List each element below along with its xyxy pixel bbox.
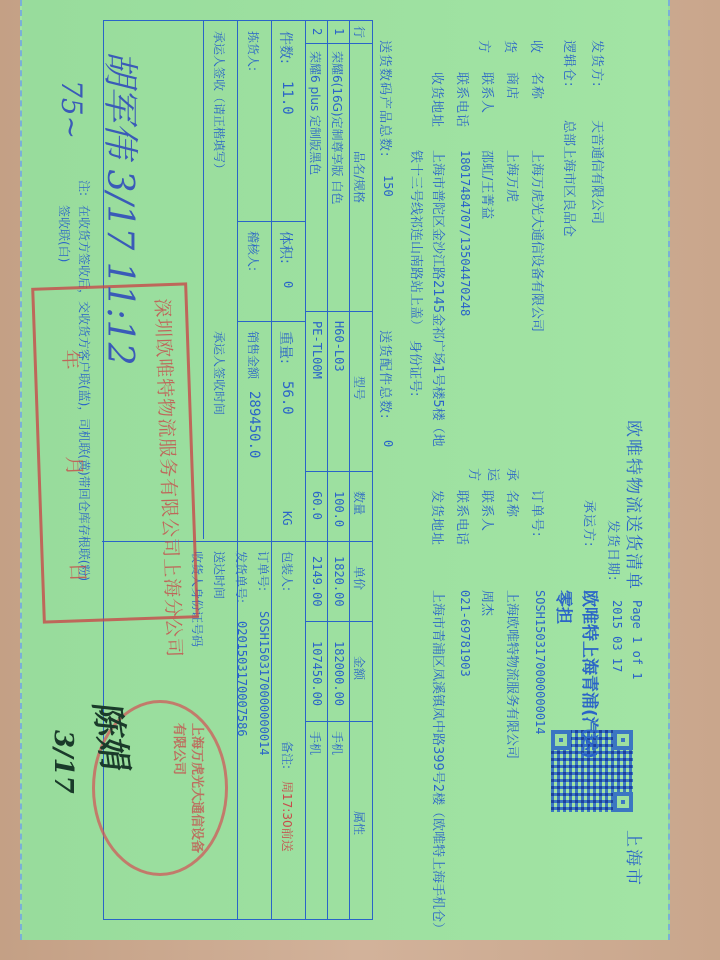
warehouse-value: 总部上海市区良品仓 — [561, 120, 580, 237]
footer-note-line2: 签收联(白) — [56, 205, 73, 262]
col-header-model: 型号 — [351, 376, 368, 400]
receiver-contact-label: 联系人 — [479, 72, 498, 114]
shipper-value: 天音通信有限公司 — [589, 120, 608, 224]
carrier-sign-time-label: 承运人签收时间 — [211, 331, 228, 415]
row2-line: 2 — [310, 28, 324, 35]
col-header-amount: 金额 — [351, 656, 368, 680]
col-header-price: 单价 — [351, 566, 368, 590]
carrier-contact: 周杰 — [479, 590, 498, 616]
volume-label: 体积: — [276, 231, 296, 264]
carrier-address-label: 发货地址 — [429, 490, 448, 546]
col-header-name: 品名/规格 — [351, 151, 368, 203]
carrier-type: 零担 — [553, 590, 578, 624]
receiver-phone: 18017484707/13504470248 — [458, 150, 472, 316]
page-indicator: Page 1 of 1 — [630, 600, 644, 679]
receiver-id-label: 身份证号: — [407, 340, 426, 396]
row1-amount: 182000.00 — [332, 641, 346, 706]
receiver-name: 上海万虎光大通信设备有限公司 — [529, 150, 548, 332]
order-no-table: SOSH1503170000000014 — [257, 611, 271, 756]
receiver-store: 上海万虎 — [504, 150, 523, 202]
row1-price: 1820.00 — [332, 556, 346, 607]
parts-total: 0 — [381, 440, 395, 447]
carrier-label: 承运方: — [581, 500, 600, 547]
row1-model: H60-L03 — [332, 321, 346, 372]
receiver-store-label: 商店 — [504, 72, 523, 100]
row2-qty: 60.0 — [310, 491, 324, 520]
receiver-address-label: 收货地址 — [429, 72, 448, 128]
sales-amount-value: 289450.0 — [246, 391, 262, 458]
row2-name: 荣耀6 plus 定制版黑色 — [307, 51, 324, 175]
col-header-line: 行 — [351, 26, 368, 38]
city-label: 上海市 — [623, 830, 648, 887]
receiver-phone-label: 联系电话 — [454, 72, 473, 128]
order-no-label: 订单号: — [529, 490, 548, 537]
parts-total-label: 送货配件总数: — [377, 330, 396, 419]
carrier-phone-label: 联系电话 — [454, 490, 473, 546]
carrier-value: 欧唯特上海青浦(汽运) — [579, 590, 604, 759]
delivery-slip: 欧唯特物流送货清单 上海市 Page 1 of 1 发货日期: 2015 03 … — [20, 0, 670, 940]
products-total: 150 — [381, 175, 395, 197]
order-no: SOSH1503170000000014 — [533, 590, 547, 735]
handwritten-number: 75~ — [55, 80, 88, 139]
delivery-no-label: 发货单号: — [233, 551, 250, 603]
weight-value: 56.0 — [279, 381, 295, 415]
receiver-side-label: 收货方 — [470, 40, 548, 54]
carrier-phone: 021-69781903 — [458, 590, 472, 677]
row1-line: 1 — [332, 28, 346, 35]
ship-date: 2015 03 17 — [610, 600, 624, 672]
row1-name: 荣耀6(16G)定制尊享版 白色 — [329, 51, 346, 204]
pieces-label: 件数: — [276, 31, 296, 64]
packer-label: 包装人: — [279, 551, 296, 591]
carrier-name-label: 名称 — [504, 490, 523, 518]
delivery-no: 0201503170007586 — [235, 621, 249, 737]
weight-unit: KG — [280, 511, 294, 525]
carrier-side-label: 承运方 — [466, 468, 523, 482]
receiver-signature: 陈娟 — [85, 697, 143, 771]
row2-price: 2149.00 — [310, 556, 324, 607]
order-no-label-table: 订单号: — [255, 551, 272, 591]
ship-date-label: 发货日期: — [605, 520, 624, 581]
carrier-name: 上海欧唯特物流服务有限公司 — [504, 590, 523, 759]
receiver-contact: 邵虹/王菁益 — [479, 150, 498, 219]
col-header-attr: 属性 — [351, 811, 368, 835]
carrier-address: 上海市青浦区凤溪镇凤中路399号2楼（欧唯特上海手机仓） — [426, 590, 448, 930]
shipper-label: 发货方: — [589, 40, 608, 87]
sales-amount-label: 销售金额 — [245, 331, 262, 379]
volume-value: 0 — [281, 281, 295, 288]
weight-label: 重量: — [276, 331, 296, 364]
products-total-label: 送货数码产品总数: — [377, 40, 396, 157]
carrier-contact-label: 联系人 — [479, 490, 498, 532]
remark-label: 备注: — [279, 741, 296, 769]
remark-value: 周17:30前送 — [279, 781, 296, 852]
warehouse-label: 逻辑仓: — [561, 40, 580, 87]
receiver-name-label: 名称 — [529, 72, 548, 100]
document-title: 欧唯特物流送货清单 — [623, 420, 648, 591]
receiver-signature-date: 3/17 — [48, 730, 78, 794]
row2-attr: 手机 — [307, 731, 324, 755]
arrival-time-label: 送达时间 — [211, 551, 228, 599]
footer-note-label: 注: — [76, 180, 93, 196]
receiver-address: 上海市普陀区金沙江路2145金祁广场1号楼5楼（地铁十三号线祁连山南路站上盖） — [404, 150, 448, 450]
col-header-qty: 数量 — [351, 491, 368, 515]
row2-model: PE-TL00M — [310, 321, 324, 379]
picker-label: 拣货人: — [245, 31, 262, 71]
row1-qty: 100.0 — [332, 491, 346, 527]
carrier-sign-label: 承运人签收（请正楷填写） — [211, 31, 228, 175]
carrier-signature: 胡军伟 3/17 11:12 — [97, 50, 148, 365]
row2-amount: 107450.00 — [310, 641, 324, 706]
pieces-value: 11.0 — [279, 81, 295, 115]
row1-attr: 手机 — [329, 731, 346, 755]
checker-label: 稽核人: — [245, 231, 262, 271]
